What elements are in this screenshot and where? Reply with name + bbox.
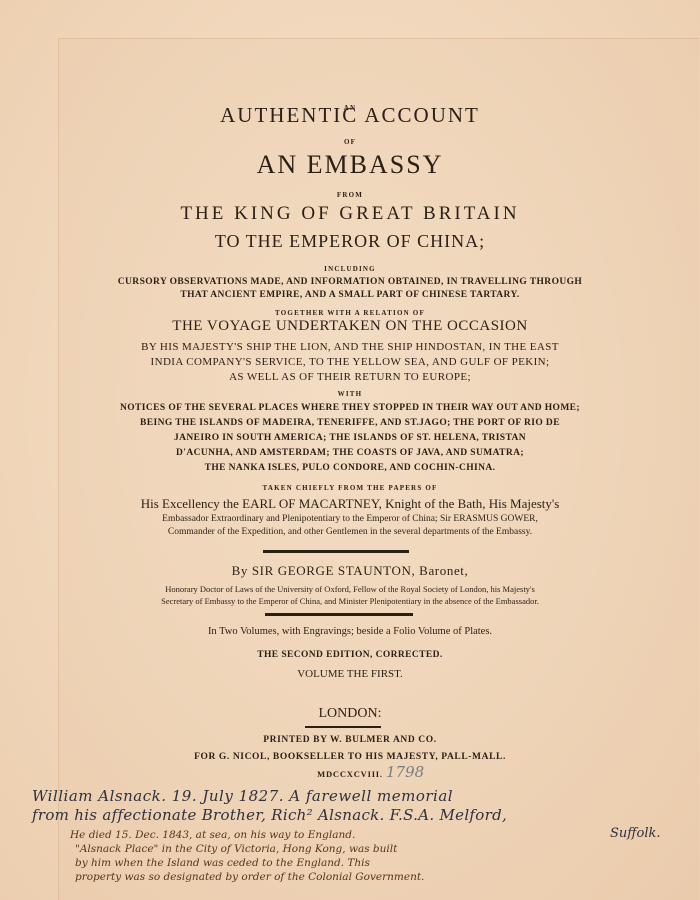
including-label: INCLUDING: [0, 265, 700, 273]
notices-line-1: NOTICES OF THE SEVERAL PLACES WHERE THEY…: [0, 403, 700, 413]
annotation-line-1: He died 15. Dec. 1843, at sea, on his wa…: [70, 829, 355, 841]
inscription-line-2b: Suffolk.: [610, 826, 660, 841]
notices-line-3: JANEIRO IN SOUTH AMERICA; THE ISLANDS OF…: [0, 433, 700, 443]
imprint-bookseller: FOR G. NICOL, BOOKSELLER TO HIS MAJESTY,…: [0, 752, 700, 762]
notices-line-4: D'ACUNHA, AND AMSTERDAM; THE COASTS OF J…: [0, 448, 700, 458]
divider-rule: [263, 550, 409, 553]
imprint-city: LONDON:: [0, 706, 700, 722]
author-credentials-2: Secretary of Embassy to the Emperor of C…: [0, 596, 700, 606]
macartney-line-1: His Excellency the EARL OF MACARTNEY, Kn…: [0, 496, 700, 512]
annotation-line-4: property was so designated by order of t…: [75, 871, 424, 883]
ship-line-2: INDIA COMPANY'S SERVICE, TO THE YELLOW S…: [0, 356, 700, 368]
annotation-line-3: by him when the Island was ceded to the …: [75, 857, 370, 869]
together-label: TOGETHER WITH A RELATION OF: [0, 309, 700, 317]
annotation-line-2: "Alsnack Place" in the City of Victoria,…: [75, 843, 397, 855]
title-an-embassy: AN EMBASSY: [0, 150, 700, 180]
notices-line-5: THE NANKA ISLES, PULO CONDORE, AND COCHI…: [0, 463, 700, 473]
pencil-year-annotation: 1798: [386, 763, 424, 781]
notices-line-2: BEING THE ISLANDS OF MADEIRA, TENERIFFE,…: [0, 418, 700, 428]
title-emperor: TO THE EMPEROR OF CHINA;: [0, 231, 700, 252]
with-label: WITH: [0, 390, 700, 398]
macartney-line-3: Commander of the Expedition, and other G…: [0, 527, 700, 537]
ship-line-1: BY HIS MAJESTY'S SHIP THE LION, AND THE …: [0, 341, 700, 353]
divider-rule: [265, 613, 413, 616]
taken-chiefly-label: TAKEN CHIEFLY FROM THE PAPERS OF: [0, 484, 700, 492]
imprint-year: MDCCXCVIII.: [0, 769, 700, 779]
edition-note: THE SECOND EDITION, CORRECTED.: [0, 650, 700, 660]
author-credentials-1: Honorary Doctor of Laws of the Universit…: [0, 584, 700, 594]
title-from: FROM: [0, 191, 700, 199]
title-authentic-account: AUTHENTIC ACCOUNT: [0, 103, 700, 128]
author-byline: By SIR GEORGE STAUNTON, Baronet,: [0, 563, 700, 579]
ship-line-3: AS WELL AS OF THEIR RETURN TO EUROPE;: [0, 371, 700, 383]
title-of: OF: [0, 138, 700, 146]
imprint-rule: [305, 726, 381, 728]
cursory-line-2: THAT ANCIENT EMPIRE, AND A SMALL PART OF…: [0, 290, 700, 300]
inscription-line-1: William Alsnack. 19. July 1827. A farewe…: [32, 787, 453, 805]
cursory-line-1: CURSORY OBSERVATIONS MADE, AND INFORMATI…: [0, 277, 700, 287]
inscription-line-2: from his affectionate Brother, Rich² Als…: [32, 806, 507, 824]
book-page: AN AUTHENTIC ACCOUNT OF AN EMBASSY FROM …: [0, 0, 700, 900]
voyage-heading: THE VOYAGE UNDERTAKEN ON THE OCCASION: [0, 318, 700, 335]
macartney-line-2: Embassador Extraordinary and Plenipotent…: [0, 514, 700, 524]
title-king: THE KING OF GREAT BRITAIN: [0, 203, 700, 225]
volumes-note: In Two Volumes, with Engravings; beside …: [0, 626, 700, 637]
imprint-printer: PRINTED BY W. BULMER AND CO.: [0, 735, 700, 745]
volume-label: VOLUME THE FIRST.: [0, 668, 700, 680]
